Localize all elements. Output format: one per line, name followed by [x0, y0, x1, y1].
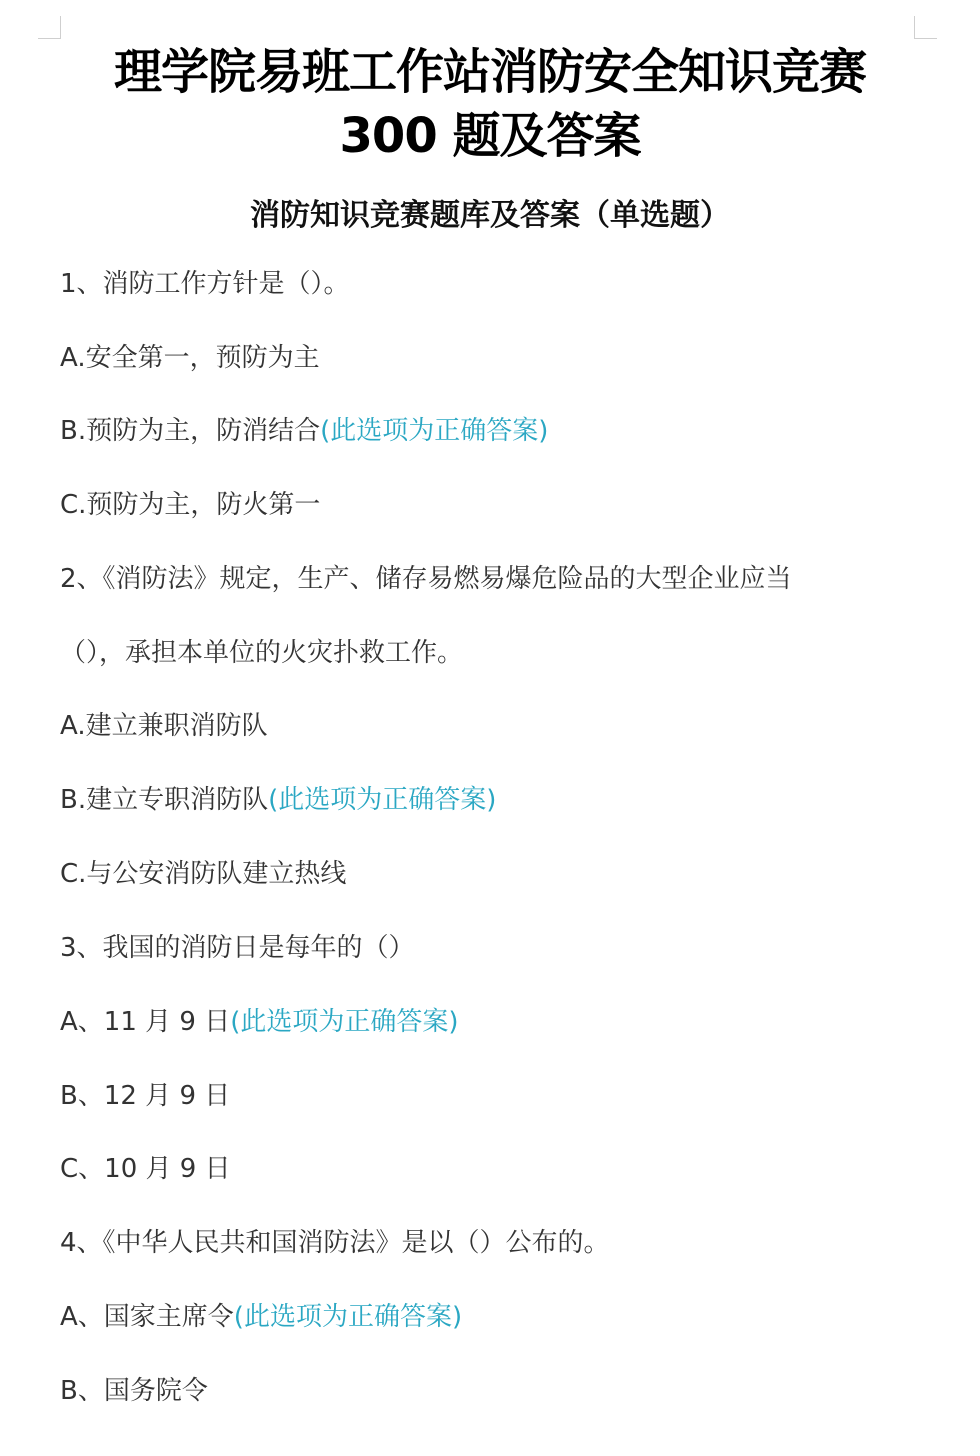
question-2-option-c: C.与公安消防队建立热线 [60, 856, 346, 892]
question-3-option-a: A、11 月 9 日(此选项为正确答案) [60, 1004, 459, 1040]
question-1-option-c: C.预防为主，防火第一 [60, 487, 320, 523]
page-corner-mark-left [38, 16, 61, 39]
correct-answer-marker: (此选项为正确答案) [234, 1302, 462, 1332]
question-1: 1、消防工作方针是（）。 [60, 266, 350, 302]
page-corner-mark-right [914, 16, 937, 39]
question-4: 4、《中华人民共和国消防法》是以（）公布的。 [60, 1225, 610, 1261]
question-1-option-a: A.安全第一，预防为主 [60, 340, 320, 376]
question-4-option-a: A、国家主席令(此选项为正确答案) [60, 1299, 462, 1335]
question-1-option-b: B.预防为主，防消结合(此选项为正确答案) [60, 413, 548, 449]
correct-answer-marker: (此选项为正确答案) [230, 1007, 458, 1037]
document-title-line2: 300 题及答案 [0, 106, 980, 166]
question-2-option-a: A.建立兼职消防队 [60, 708, 268, 744]
question-3-option-c: C、10 月 9 日 [60, 1151, 231, 1187]
section-heading: 消防知识竞赛题库及答案（单选题） [0, 196, 980, 236]
document-title-line1: 理学院易班工作站消防安全知识竞赛 [0, 42, 980, 102]
correct-answer-marker: (此选项为正确答案) [320, 416, 548, 446]
question-3-option-b: B、12 月 9 日 [60, 1078, 230, 1114]
question-4-option-b: B、国务院令 [60, 1373, 208, 1409]
correct-answer-marker: (此选项为正确答案) [268, 785, 496, 815]
question-3: 3、我国的消防日是每年的（） [60, 930, 415, 966]
question-2: 2、《消防法》规定，生产、储存易燃易爆危险品的大型企业应当 [60, 561, 792, 597]
question-2-option-b: B.建立专职消防队(此选项为正确答案) [60, 782, 496, 818]
question-2-continued: （），承担本单位的火灾扑救工作。 [60, 635, 463, 671]
